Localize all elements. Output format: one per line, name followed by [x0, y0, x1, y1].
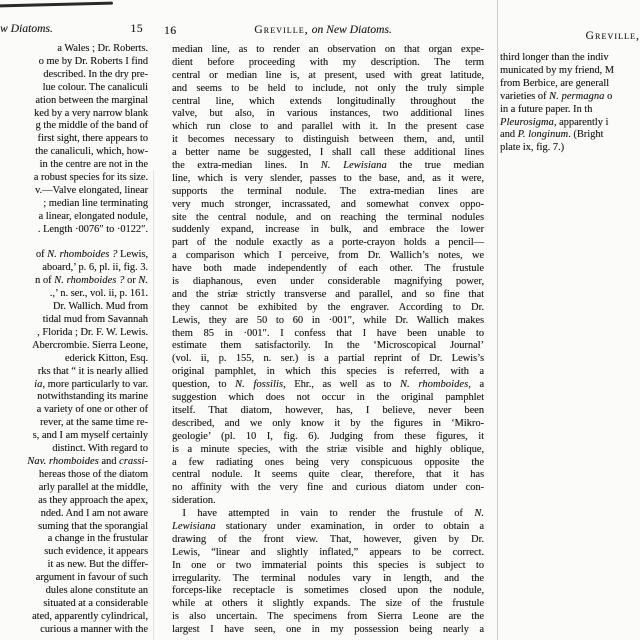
text-line: hereas those of the diatom — [0, 469, 148, 482]
text-line: largest I have seen, one in my possessio… — [172, 624, 484, 637]
page-16-text-column: median line, as to render an observation… — [172, 44, 484, 637]
text-line: .,’ n. ser., vol. ii, p. 161. — [0, 288, 148, 301]
text-line: valve, but also, in various instances, t… — [172, 108, 484, 121]
text-line: Pleurosigma, apparently i — [500, 117, 640, 130]
text-line: geologie’ (pl. 10 I, fig. 6). Judging fr… — [172, 431, 484, 444]
text-line: ederick Kitton, Esq. — [0, 353, 148, 366]
text-line: rks that “ it is nearly allied — [0, 366, 148, 379]
text-line: such evidence, it appears — [0, 546, 148, 559]
text-line: a comparison which I perceive, from Dr. … — [172, 250, 484, 263]
page-15-text-column: a Wales ; Dr. Roberts.o me by Dr. Robert… — [0, 43, 148, 637]
text-line: of N. rhomboides ? Lewis, — [0, 249, 148, 262]
text-line: arly parallel at the middle, — [0, 482, 148, 495]
text-line: it as new. But the differ- — [0, 559, 148, 572]
text-line: and P. longinum. (Bright — [500, 129, 640, 142]
text-line: the canaliculi, which, how- — [0, 146, 148, 159]
text-line: lue colour. The canaliculi — [0, 82, 148, 95]
text-line: rever, at the same time re- — [0, 417, 148, 430]
text-line: described. In the dry pre- — [0, 69, 148, 82]
text-line: a better name be suggested, I shall call… — [172, 147, 484, 160]
text-line: in a future paper. In th — [500, 104, 640, 117]
text-line: original pamphlet, in which this species… — [172, 366, 484, 379]
running-header-left: w Diatoms. 15 — [0, 22, 148, 36]
running-header-center: 16 Greville, on New Diatoms. — [162, 23, 484, 37]
text-line: dules alone constitute an — [0, 585, 148, 598]
text-line: varieties of N. permagna o — [500, 91, 640, 104]
text-line: suggestion which does not occur in the o… — [172, 392, 484, 405]
text-line: median line, as to render an observation… — [172, 44, 484, 57]
text-line: a robust species for its size. — [0, 172, 148, 185]
running-header-right: Greville, — [500, 29, 640, 43]
text-line: Lewis, “linear and slightly inflated,” a… — [172, 547, 484, 560]
text-line: them 85 in ·001″. I confess that I have … — [172, 328, 484, 341]
text-line: first sight, there appears to — [0, 133, 148, 146]
text-line — [0, 237, 148, 250]
text-line: s, and I am myself certainly — [0, 430, 148, 443]
text-line: n of N. rhomboides ? or N. — [0, 275, 148, 288]
text-line: . Length ·0076″ to ·0122″. — [0, 224, 148, 237]
text-line: Dr. Wallich. Mud from — [0, 301, 148, 314]
text-line: and the striæ strictly transverse and pa… — [172, 289, 484, 302]
text-line: Lewisiana stationary under examination, … — [172, 521, 484, 534]
text-line: from Berbice, are generall — [500, 78, 640, 91]
page-edge-rule — [497, 0, 498, 640]
author-name: Greville, — [254, 23, 309, 36]
text-line: central or median line is, at present, u… — [172, 70, 484, 83]
page-16-full: 16 Greville, on New Diatoms. median line… — [162, 23, 484, 637]
text-line: situated at a considerable — [0, 598, 148, 611]
text-line: itself. That diatom, however, has, I bel… — [172, 405, 484, 418]
text-line: irregularity. The terminal nodules vary … — [172, 573, 484, 586]
article-title: on New Diatoms. — [312, 23, 392, 36]
text-line: ated, apparently cylindrical, — [0, 611, 148, 624]
text-line: while at others it slightly expands. The… — [172, 598, 484, 611]
text-line: very much stronger, incrassated, and som… — [172, 199, 484, 212]
text-line: as they approach the apex, — [0, 495, 148, 508]
text-line: part of the nodule exactly as a porte-cr… — [172, 237, 484, 250]
text-line: In one or two immaterial points this spe… — [172, 560, 484, 573]
text-line: sideration. — [172, 495, 484, 508]
text-line: I have attempted in vain to render the f… — [172, 508, 484, 521]
text-line: ked by a very narrow blank — [0, 108, 148, 121]
text-line: (vol. ii, p. 155, n. ser.) is a partial … — [172, 353, 484, 366]
text-line: is also uncertain. The specimens from Si… — [172, 611, 484, 624]
text-line: o me by Dr. Roberts I find — [0, 56, 148, 69]
text-line: nded. And I am not aware — [0, 508, 148, 521]
text-line: a variety of one or other of — [0, 404, 148, 417]
page-number-15: 15 — [130, 22, 143, 36]
text-line: a Wales ; Dr. Roberts. — [0, 43, 148, 56]
text-line: forceps-like receptacle is sometimes clo… — [172, 585, 484, 598]
text-line: site the central nodule, and on reaching… — [172, 212, 484, 225]
text-line: supports the terminal nodule. The extra-… — [172, 186, 484, 199]
text-line: ; median line terminating — [0, 198, 148, 211]
text-line: described, and we only know it by the fi… — [172, 418, 484, 431]
text-line: a change in the frustular — [0, 533, 148, 546]
text-line: ia, more particularly to var. — [0, 379, 148, 392]
text-line: notwithstanding its marine — [0, 391, 148, 404]
text-line: Lewis, they are 50 to 60 in ·001″, while… — [172, 315, 484, 328]
text-line: v.—Valve elongated, linear — [0, 185, 148, 198]
text-line: and seems to be held to include, not onl… — [172, 83, 484, 96]
author-name-right: Greville, — [586, 29, 640, 42]
text-line: it becomes necessary to distinguish betw… — [172, 134, 484, 147]
page-next-text-column: third longer than the indivmunicated by … — [500, 52, 640, 155]
text-line: a linear, elongated nodule, — [0, 211, 148, 224]
text-line: is a minute species, with the striæ visi… — [172, 444, 484, 457]
text-line: the extra-median lines. In N. Lewisiana … — [172, 160, 484, 173]
text-line: in the centre are not in the — [0, 159, 148, 172]
text-line: question, to N. fossilis, Ehr., as well … — [172, 379, 484, 392]
text-line: municated by my friend, M — [500, 65, 640, 78]
text-line: g the middle of the band of — [0, 120, 148, 133]
text-line: distinct. With regard to — [0, 443, 148, 456]
text-line: Nav. rhomboides and crassi- — [0, 456, 148, 469]
text-line: ation between the marginal — [0, 95, 148, 108]
text-line: suddenly expand, increase in bulk, and e… — [172, 224, 484, 237]
text-line: suming that the sporangial — [0, 521, 148, 534]
scan-edge-artifact — [0, 2, 113, 7]
text-line: line, which is very slender, passes to t… — [172, 173, 484, 186]
page-15-partial: w Diatoms. 15 a Wales ; Dr. Roberts.o me… — [0, 22, 148, 637]
page-number-16: 16 — [164, 24, 177, 38]
text-line: is diaphanous, even under considerable m… — [172, 276, 484, 289]
text-line: estimate them satisfactorily. In the ‘Mi… — [172, 340, 484, 353]
text-line: argument in favour of such — [0, 572, 148, 585]
text-line: plate ix, fig. 7.) — [500, 142, 640, 155]
scanned-document: w Diatoms. 15 a Wales ; Dr. Roberts.o me… — [0, 0, 640, 640]
text-line: curious a manner with the — [0, 624, 148, 637]
running-title-left: w Diatoms. — [0, 22, 53, 36]
text-line: , Florida ; Dr. F. W. Lewis. — [0, 327, 148, 340]
text-line: a few radiating ones being very conspicu… — [172, 457, 484, 470]
text-line: no affinity with the very fine and curio… — [172, 482, 484, 495]
page-next-partial: Greville, third longer than the indivmun… — [500, 29, 640, 155]
text-line: tidal mud from Savannah — [0, 314, 148, 327]
text-line: third longer than the indiv — [500, 52, 640, 65]
text-line: central nodule. It seems quite clear, th… — [172, 469, 484, 482]
text-line: central line, which extends longitudinal… — [172, 96, 484, 109]
text-line: Abercrombie. Sierra Leone, — [0, 340, 148, 353]
text-line: they cannot be exhibited by the engraver… — [172, 302, 484, 315]
page-gutter-rule — [153, 170, 154, 640]
text-line: which run close to and parallel with it.… — [172, 121, 484, 134]
text-line: have both made independently of each oth… — [172, 263, 484, 276]
running-title-center: Greville, on New Diatoms. — [162, 23, 484, 37]
text-line: drawing of the front view. That, however… — [172, 534, 484, 547]
text-line: aboard,’ p. 6, pl. ii, fig. 3. — [0, 262, 148, 275]
text-line: dient before proceeding with my descript… — [172, 57, 484, 70]
